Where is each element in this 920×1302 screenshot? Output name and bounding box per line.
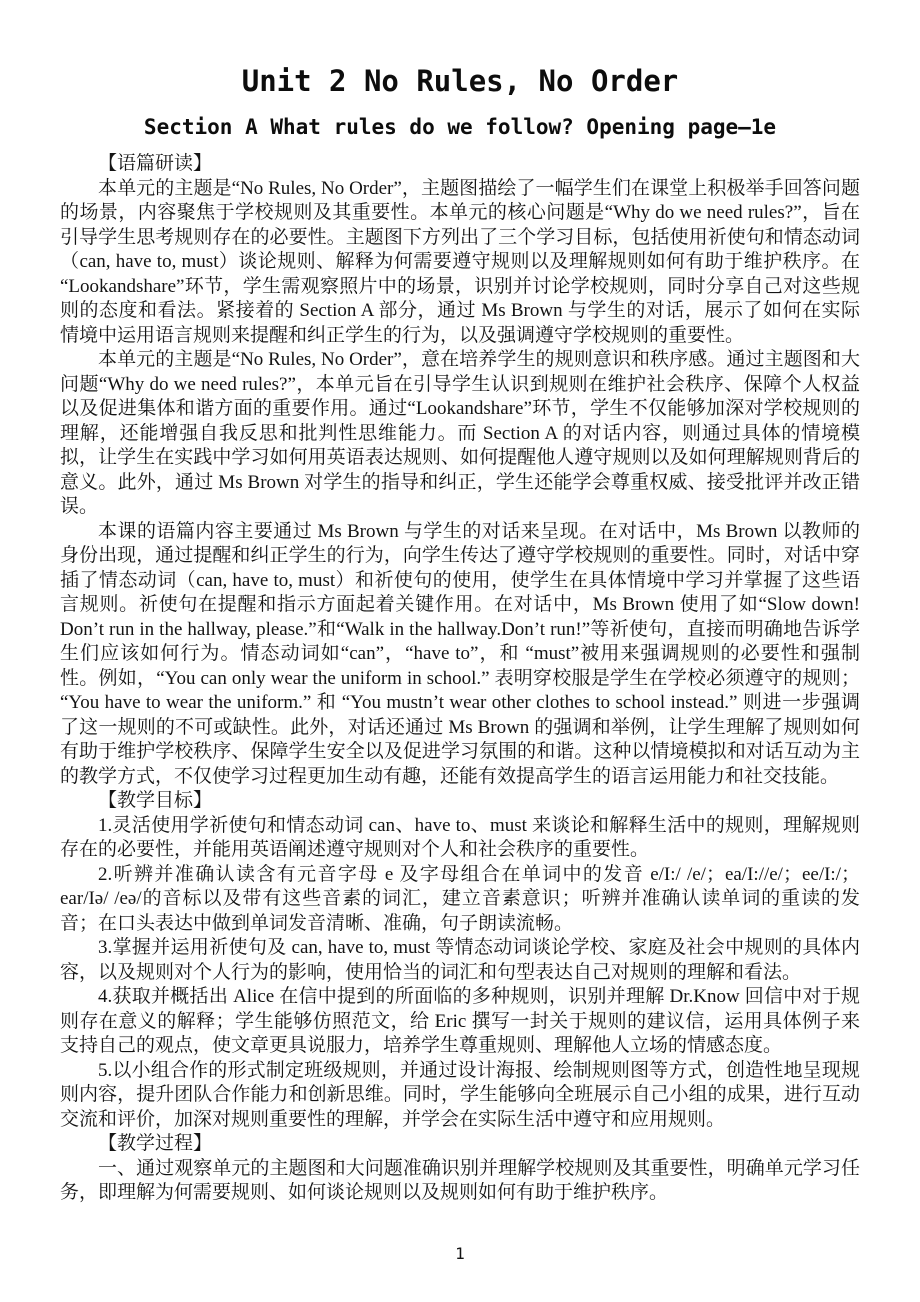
paragraph: 1.灵活使用学祈使句和情态动词 can、have to、must 来谈论和解释生… xyxy=(60,814,860,863)
document-title: Unit 2 No Rules, No Order xyxy=(60,64,860,98)
paragraph: 2.听辨并准确认读含有元音字母 e 及字母组合在单词中的发音 e/I:/ /e/… xyxy=(60,863,860,937)
section-heading-discourse-analysis: 【语篇研读】 xyxy=(60,152,860,177)
paragraph: 本单元的主题是“No Rules, No Order”，意在培养学生的规则意识和… xyxy=(60,348,860,520)
paragraph: 5.以小组合作的形式制定班级规则，并通过设计海报、绘制规则图等方式，创造性地呈现… xyxy=(60,1059,860,1133)
paragraph: 本课的语篇内容主要通过 Ms Brown 与学生的对话来呈现。在对话中，Ms B… xyxy=(60,520,860,790)
paragraph: 4.获取并概括出 Alice 在信中提到的所面临的多种规则，识别并理解 Dr.K… xyxy=(60,985,860,1059)
document-subtitle: Section A What rules do we follow? Openi… xyxy=(60,114,860,140)
document-page: Unit 2 No Rules, No Order Section A What… xyxy=(0,0,920,1302)
paragraph: 本单元的主题是“No Rules, No Order”，主题图描绘了一幅学生们在… xyxy=(60,177,860,349)
section-heading-teaching-process: 【教学过程】 xyxy=(60,1132,860,1157)
page-number: 1 xyxy=(0,1244,920,1264)
paragraph: 3.掌握并运用祈使句及 can, have to, must 等情态动词谈论学校… xyxy=(60,936,860,985)
document-body: 【语篇研读】 本单元的主题是“No Rules, No Order”，主题图描绘… xyxy=(60,152,860,1206)
paragraph: 一、通过观察单元的主题图和大问题准确识别并理解学校规则及其重要性，明确单元学习任… xyxy=(60,1157,860,1206)
section-heading-teaching-objectives: 【教学目标】 xyxy=(60,789,860,814)
